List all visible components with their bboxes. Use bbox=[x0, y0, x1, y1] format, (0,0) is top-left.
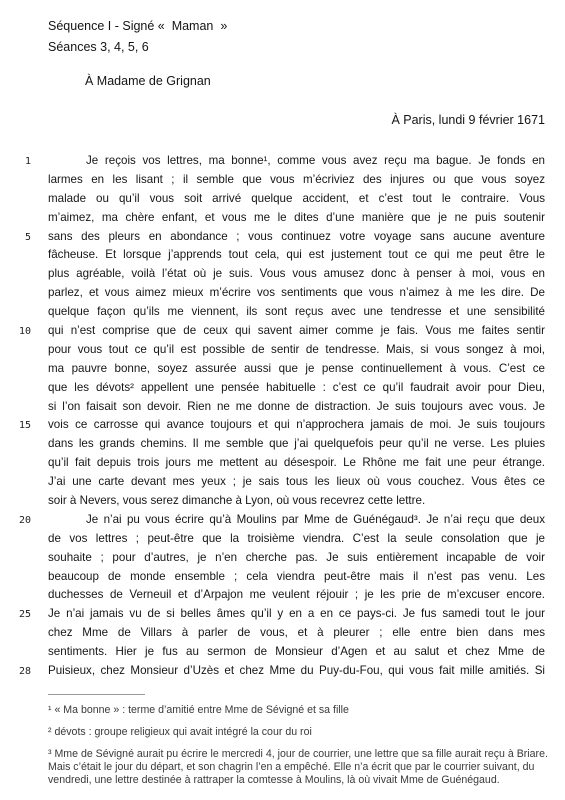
line-text: vois ce carrosse qui avance toujours et … bbox=[48, 416, 545, 435]
letter-recipient: À Madame de Grignan bbox=[85, 74, 211, 88]
sequence-title: Séquence I - Signé « Maman » bbox=[48, 16, 227, 37]
line-number: 10 bbox=[17, 323, 31, 342]
letter-body: 1Je reçois vos lettres, ma bonne¹, comme… bbox=[48, 152, 545, 681]
letter-line: souhaite ; pour d’autres, je n’en cherch… bbox=[48, 549, 545, 568]
line-number: 28 bbox=[17, 663, 31, 682]
line-text: si l’on faisait son devoir. Rien ne me d… bbox=[48, 398, 545, 417]
seances-subtitle: Séances 3, 4, 5, 6 bbox=[48, 37, 227, 58]
letter-line: plus agréable, voilà l’état où je suis. … bbox=[48, 265, 545, 284]
line-text: sentiments. Hier je fus au sermon de Mon… bbox=[48, 643, 545, 662]
letter-line: 5sans des pleurs en abondance ; vous con… bbox=[48, 228, 545, 247]
line-text: larmes en les lisant ; il semble que vou… bbox=[48, 171, 545, 190]
letter-line: duchesses de Verneuil et d’Arpajon me ve… bbox=[48, 586, 545, 605]
letter-line: 10qui n’est comprise que de ceux qui sav… bbox=[48, 322, 545, 341]
letter-line: J’ai une carte devant mes yeux ; je sais… bbox=[48, 473, 545, 492]
line-text: sans des pleurs en abondance ; vous cont… bbox=[48, 228, 545, 247]
line-text: Je n’ai pu vous écrire qu’à Moulins par … bbox=[48, 511, 545, 530]
line-text: ma pauvre bonne, soyez assurée aussi que… bbox=[48, 360, 545, 379]
letter-line: qu’il fait depuis trois jours me mettent… bbox=[48, 454, 545, 473]
letter-line: fâcheuse. Et lorsque j’apprends tout cel… bbox=[48, 246, 545, 265]
letter-line: quelque façon qu’ils me viennent, ils so… bbox=[48, 303, 545, 322]
letter-line: si l’on faisait son devoir. Rien ne me d… bbox=[48, 398, 545, 417]
letter-line: sentiments. Hier je fus au sermon de Mon… bbox=[48, 643, 545, 662]
letter-line: soir à Nevers, vous serez dimanche à Lyo… bbox=[48, 492, 545, 511]
letter-line: beaucoup de monde ensemble ; cela viendr… bbox=[48, 568, 545, 587]
line-text: de vos lettres ; peut-être que la troisi… bbox=[48, 530, 545, 549]
line-text: qui n’est comprise que de ceux qui saven… bbox=[48, 322, 545, 341]
line-text: Puisieux, chez Monsieur d’Uzès et chez M… bbox=[48, 662, 545, 681]
line-text: souhaite ; pour d’autres, je n’en cherch… bbox=[48, 549, 545, 568]
line-number: 5 bbox=[17, 229, 31, 248]
line-text: fâcheuse. Et lorsque j’apprends tout cel… bbox=[48, 246, 545, 265]
letter-line: 1Je reçois vos lettres, ma bonne¹, comme… bbox=[48, 152, 545, 171]
letter-line: 28Puisieux, chez Monsieur d’Uzès et chez… bbox=[48, 662, 545, 681]
letter-line: parlez, et vous aimez mieux m’écrire vos… bbox=[48, 284, 545, 303]
line-text: m’aimez, ma chère enfant, et vous me le … bbox=[48, 209, 545, 228]
footnote-list: ¹ « Ma bonne » : terme d’amitié entre Mm… bbox=[48, 704, 560, 787]
footnote: ¹ « Ma bonne » : terme d’amitié entre Mm… bbox=[48, 704, 560, 717]
letter-line: 20Je n’ai pu vous écrire qu’à Moulins pa… bbox=[48, 511, 545, 530]
letter-line: m’aimez, ma chère enfant, et vous me le … bbox=[48, 209, 545, 228]
line-text: Je n’ai jamais vu de si belles âmes qu’i… bbox=[48, 605, 545, 624]
line-text: duchesses de Verneuil et d’Arpajon me ve… bbox=[48, 586, 545, 605]
line-text: parlez, et vous aimez mieux m’écrire vos… bbox=[48, 284, 545, 303]
footnote: ² dévots : groupe religieux qui avait in… bbox=[48, 726, 560, 739]
line-text: malade ou qu’il vous soit arrivé quelque… bbox=[48, 190, 545, 209]
letter-line: de vos lettres ; peut-être que la troisi… bbox=[48, 530, 545, 549]
letter-line: pour vous tout ce qu’il est possible de … bbox=[48, 341, 545, 360]
line-text: Je reçois vos lettres, ma bonne¹, comme … bbox=[48, 152, 545, 171]
line-text: J’ai une carte devant mes yeux ; je sais… bbox=[48, 473, 545, 492]
footnote-separator bbox=[48, 694, 145, 695]
line-text: pour vous tout ce qu’il est possible de … bbox=[48, 341, 545, 360]
letter-dateline: À Paris, lundi 9 février 1671 bbox=[391, 113, 545, 127]
line-text: qu’il fait depuis trois jours me mettent… bbox=[48, 454, 545, 473]
letter-line: 15vois ce carrosse qui avance toujours e… bbox=[48, 416, 545, 435]
letter-line: larmes en les lisant ; il semble que vou… bbox=[48, 171, 545, 190]
footnotes-section: ¹ « Ma bonne » : terme d’amitié entre Mm… bbox=[48, 694, 560, 796]
line-text: dans les grands chemins. Il me semble qu… bbox=[48, 435, 545, 454]
line-number: 1 bbox=[17, 153, 31, 172]
line-text: quelque façon qu’ils me viennent, ils so… bbox=[48, 303, 545, 322]
line-text: plus agréable, voilà l’état où je suis. … bbox=[48, 265, 545, 284]
line-text: beaucoup de monde ensemble ; cela viendr… bbox=[48, 568, 545, 587]
letter-line: que les dévots² appellent une pensée hab… bbox=[48, 379, 545, 398]
document-page: Séquence I - Signé « Maman » Séances 3, … bbox=[0, 0, 565, 800]
line-number: 25 bbox=[17, 606, 31, 625]
letter-line: dans les grands chemins. Il me semble qu… bbox=[48, 435, 545, 454]
line-number: 15 bbox=[17, 417, 31, 436]
footnote: ³ Mme de Sévigné aurait pu écrire le mer… bbox=[48, 748, 560, 787]
line-text: que les dévots² appellent une pensée hab… bbox=[48, 379, 545, 398]
letter-line: ma pauvre bonne, soyez assurée aussi que… bbox=[48, 360, 545, 379]
letter-line: malade ou qu’il vous soit arrivé quelque… bbox=[48, 190, 545, 209]
line-text: chez Mme de Villars à parler de vous, et… bbox=[48, 624, 545, 643]
sequence-header: Séquence I - Signé « Maman » Séances 3, … bbox=[48, 16, 227, 58]
letter-line: 25Je n’ai jamais vu de si belles âmes qu… bbox=[48, 605, 545, 624]
line-number: 20 bbox=[17, 512, 31, 531]
letter-line: chez Mme de Villars à parler de vous, et… bbox=[48, 624, 545, 643]
line-text: soir à Nevers, vous serez dimanche à Lyo… bbox=[48, 492, 545, 511]
